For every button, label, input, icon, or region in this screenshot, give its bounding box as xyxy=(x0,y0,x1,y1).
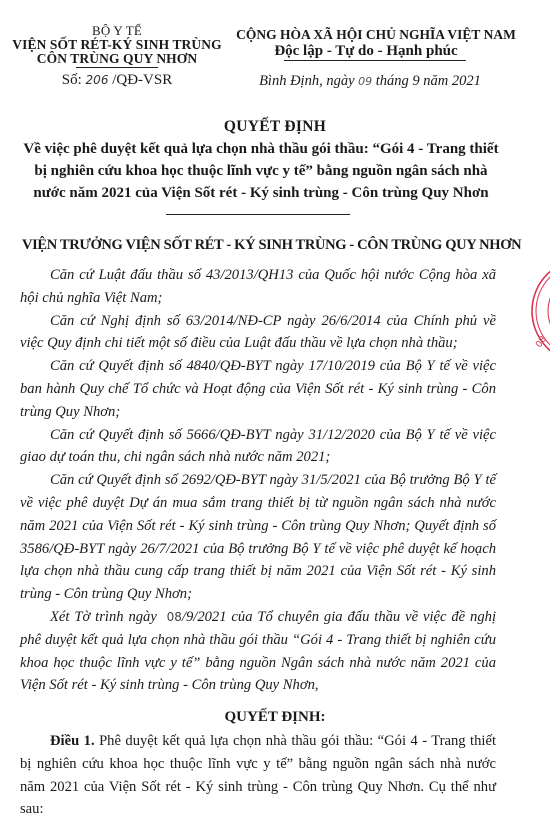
legal-basis-item: Căn cứ Quyết định số 4840/QĐ-BYT ngày 17… xyxy=(20,355,496,423)
article-1-label: Điều 1. xyxy=(50,733,95,749)
nation-name: CỘNG HÒA XÃ HỘI CHỦ NGHĨA VIỆT NAM xyxy=(202,27,550,43)
article-1: Điều 1. Phê duyệt kết quả lựa chọn nhà t… xyxy=(20,730,496,819)
place-date-suffix: tháng 9 năm 2021 xyxy=(376,73,481,89)
document-number-prefix: Số: xyxy=(62,72,82,88)
motto-underline xyxy=(284,60,466,61)
document-number-handwritten: 206 xyxy=(86,73,109,87)
legal-bases: Căn cứ Luật đấu thầu số 43/2013/QH13 của… xyxy=(20,264,496,697)
national-header-block: CỘNG HÒA XÃ HỘI CHỦ NGHĨA VIỆT NAM Độc l… xyxy=(240,27,550,90)
ministry-name: BỘ Y TẾ xyxy=(8,24,226,38)
consideration-paragraph: Xét Tờ trình ngày 08/9/2021 của Tổ chuyê… xyxy=(20,606,496,697)
place-and-date: Bình Định, ngày 09 tháng 9 năm 2021 xyxy=(190,73,550,90)
legal-basis-item: Căn cứ Luật đấu thầu số 43/2013/QH13 của… xyxy=(20,264,496,310)
decision-heading: QUYẾT ĐỊNH: xyxy=(0,709,550,726)
subject-divider xyxy=(166,214,350,215)
red-seal-stamp-icon: 08 xyxy=(526,256,550,366)
document-title: QUYẾT ĐỊNH xyxy=(0,118,550,136)
document-number-suffix: /QĐ-VSR xyxy=(112,72,172,88)
organization-underline xyxy=(76,67,158,68)
document-subject: Về việc phê duyệt kết quả lựa chọn nhà t… xyxy=(22,138,500,204)
document-page: BỘ Y TẾ VIỆN SỐT RÉT-KÝ SINH TRÙNG CÔN T… xyxy=(0,0,550,819)
national-motto: Độc lập - Tự do - Hạnh phúc xyxy=(182,43,550,59)
legal-basis-item: Căn cứ Nghị định số 63/2014/NĐ-CP ngày 2… xyxy=(20,310,496,356)
legal-basis-item: Căn cứ Quyết định số 5666/QĐ-BYT ngày 31… xyxy=(20,424,496,470)
consideration-date-handwritten: 08 xyxy=(167,610,182,624)
legal-basis-item: Căn cứ Quyết định số 2692/QĐ-BYT ngày 31… xyxy=(20,469,496,606)
consideration-prefix: Xét Tờ trình ngày xyxy=(50,609,157,625)
issuing-authority: VIỆN TRƯỞNG VIỆN SỐT RÉT - KÝ SINH TRÙNG… xyxy=(22,237,522,254)
place-date-prefix: Bình Định, ngày xyxy=(259,73,354,89)
place-date-day-handwritten: 09 xyxy=(358,75,372,88)
